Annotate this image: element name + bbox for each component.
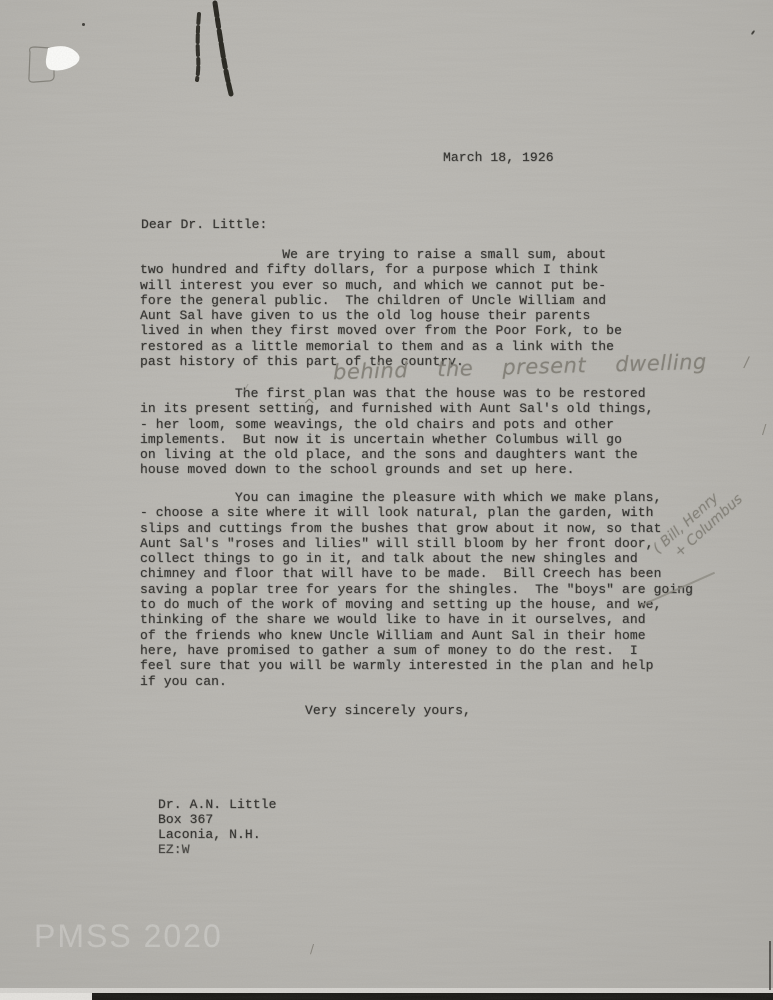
paper-speck: /: [762, 423, 766, 438]
paper-speck: [82, 23, 85, 26]
ink-mark-right: [215, 3, 231, 94]
paragraph-2: The first plan was that the house was to…: [140, 386, 654, 478]
recipient-box: Box 367: [158, 812, 213, 827]
closing: Very sincerely yours,: [305, 703, 471, 718]
paper-speck: [751, 30, 756, 35]
letter-date: March 18, 1926: [443, 150, 554, 165]
ink-mark-left: [197, 14, 199, 80]
scanned-letter: / / March 18, 1926 Dear Dr. Little: We a…: [0, 0, 773, 1000]
paper-hole-white-blob: [46, 46, 80, 70]
ink-marks: [185, 0, 245, 102]
scan-edge-black-bar: [92, 993, 773, 1000]
recipient-name: Dr. A.N. Little: [158, 797, 277, 812]
pencil-tick: /: [743, 353, 751, 372]
paper-speck: /: [310, 942, 314, 956]
scan-edge-left-segment: [0, 993, 92, 1000]
watermark: PMSS 2020: [34, 918, 223, 955]
recipient-city: Laconia, N.H.: [158, 827, 261, 842]
salutation: Dear Dr. Little:: [141, 217, 267, 232]
paper-hole: [20, 40, 92, 92]
paragraph-3: You can imagine the pleasure with which …: [140, 490, 693, 689]
insertion-caret: ^: [303, 396, 316, 414]
typist-initials: EZ:W: [158, 842, 190, 857]
paragraph-1: We are trying to raise a small sum, abou…: [140, 247, 622, 369]
scan-right-edge-line: [769, 941, 771, 990]
